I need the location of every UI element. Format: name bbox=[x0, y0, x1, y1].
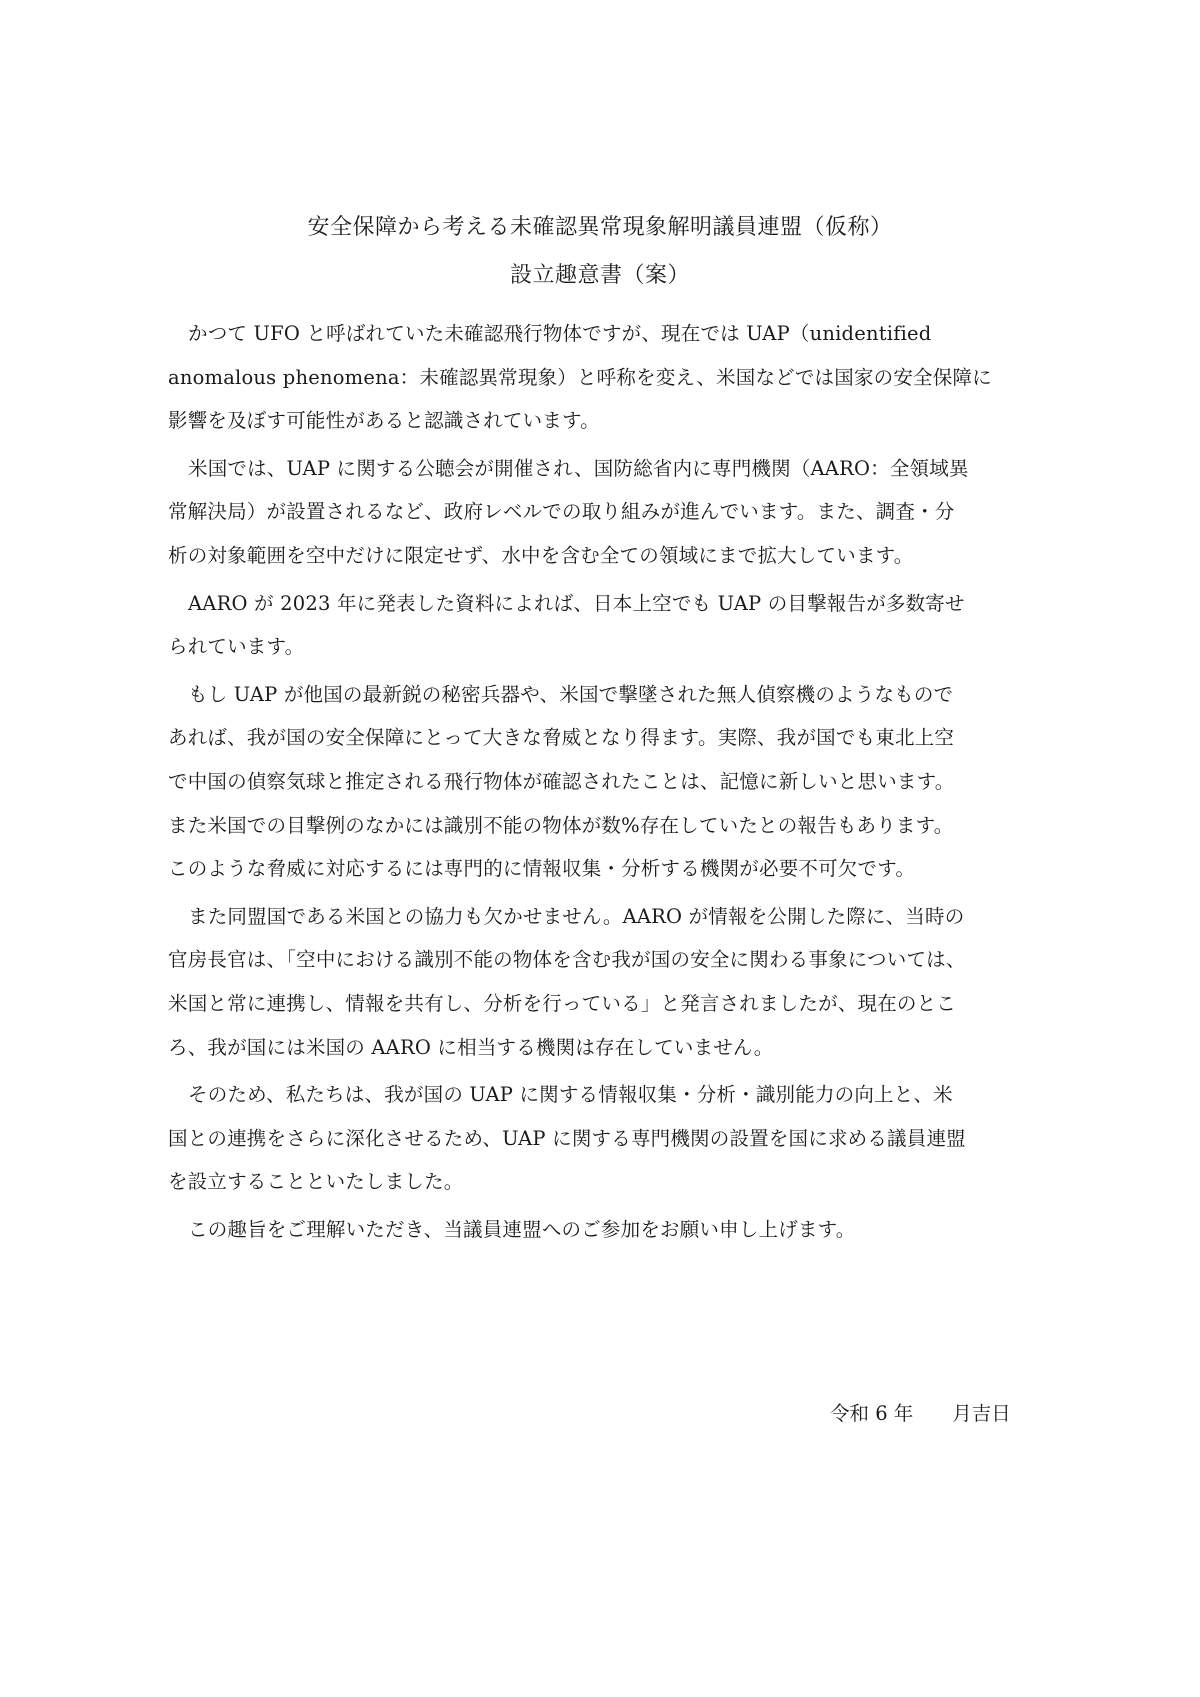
text-line: あれば、我が国の安全保障にとって大きな脅威となり得ます。実際、我が国でも東北上空 bbox=[168, 716, 1028, 760]
text-line: また同盟国である米国との協力も欠かせません。AARO が情報を公開した際に、当時… bbox=[168, 895, 1028, 939]
document-page: 安全保障から考える未確認異常現象解明議員連盟（仮称） 設立趣意書（案） かつて … bbox=[0, 0, 1200, 1697]
text-line: られています。 bbox=[168, 625, 1028, 669]
text-line: そのため、私たちは、我が国の UAP に関する情報収集・分析・識別能力の向上と、… bbox=[168, 1073, 1028, 1117]
paragraph-7: この趣旨をご理解いただき、当議員連盟へのご参加をお願い申し上げます。 bbox=[168, 1208, 1028, 1252]
document-title: 安全保障から考える未確認異常現象解明議員連盟（仮称） bbox=[0, 210, 1200, 241]
text-line: 国との連携をさらに深化させるため、UAP に関する専門機関の設置を国に求める議員… bbox=[168, 1117, 1028, 1161]
document-body: かつて UFO と呼ばれていた未確認飛行物体ですが、現在では UAP（unide… bbox=[168, 312, 1028, 1251]
text-line: 常解決局）が設置されるなど、政府レベルでの取り組みが進んでいます。また、調査・分 bbox=[168, 490, 1028, 534]
paragraph-1: かつて UFO と呼ばれていた未確認飛行物体ですが、現在では UAP（unide… bbox=[168, 312, 1028, 443]
text-line: また米国での目撃例のなかには識別不能の物体が数%存在していたとの報告もあります。 bbox=[168, 804, 1028, 848]
text-line: AARO が 2023 年に発表した資料によれば、日本上空でも UAP の目撃報… bbox=[168, 582, 1028, 626]
text-line: この趣旨をご理解いただき、当議員連盟へのご参加をお願い申し上げます。 bbox=[168, 1208, 1028, 1252]
text-line: 米国と常に連携し、情報を共有し、分析を行っている」と発言されましたが、現在のとこ bbox=[168, 982, 1028, 1026]
text-line: 影響を及ぼす可能性があると認識されています。 bbox=[168, 399, 1028, 443]
paragraph-4: もし UAP が他国の最新鋭の秘密兵器や、米国で撃墜された無人偵察機のようなもの… bbox=[168, 673, 1028, 891]
text-line: ろ、我が国には米国の AARO に相当する機関は存在していません。 bbox=[168, 1026, 1028, 1070]
text-line: このような脅威に対応するには専門的に情報収集・分析する機関が必要不可欠です。 bbox=[168, 847, 1028, 891]
text-line: で中国の偵察気球と推定される飛行物体が確認されたことは、記憶に新しいと思います。 bbox=[168, 760, 1028, 804]
text-line: もし UAP が他国の最新鋭の秘密兵器や、米国で撃墜された無人偵察機のようなもの… bbox=[168, 673, 1028, 717]
paragraph-6: そのため、私たちは、我が国の UAP に関する情報収集・分析・識別能力の向上と、… bbox=[168, 1073, 1028, 1204]
text-line: かつて UFO と呼ばれていた未確認飛行物体ですが、現在では UAP（unide… bbox=[168, 312, 1028, 356]
paragraph-3: AARO が 2023 年に発表した資料によれば、日本上空でも UAP の目撃報… bbox=[168, 582, 1028, 669]
text-line: 米国では、UAP に関する公聴会が開催され、国防総省内に専門機関（AARO：全領… bbox=[168, 447, 1028, 491]
text-line: anomalous phenomena：未確認異常現象）と呼称を変え、米国などで… bbox=[168, 356, 1028, 400]
text-line: を設立することといたしました。 bbox=[168, 1160, 1028, 1204]
document-subtitle: 設立趣意書（案） bbox=[0, 258, 1200, 289]
paragraph-2: 米国では、UAP に関する公聴会が開催され、国防総省内に専門機関（AARO：全領… bbox=[168, 447, 1028, 578]
text-line: 析の対象範囲を空中だけに限定せず、水中を含む全ての領域にまで拡大しています。 bbox=[168, 534, 1028, 578]
paragraph-5: また同盟国である米国との協力も欠かせません。AARO が情報を公開した際に、当時… bbox=[168, 895, 1028, 1069]
document-date: 令和 6 年 月吉日 bbox=[830, 1398, 1011, 1426]
text-line: 官房長官は、「空中における識別不能の物体を含む我が国の安全に関わる事象については… bbox=[168, 938, 1028, 982]
